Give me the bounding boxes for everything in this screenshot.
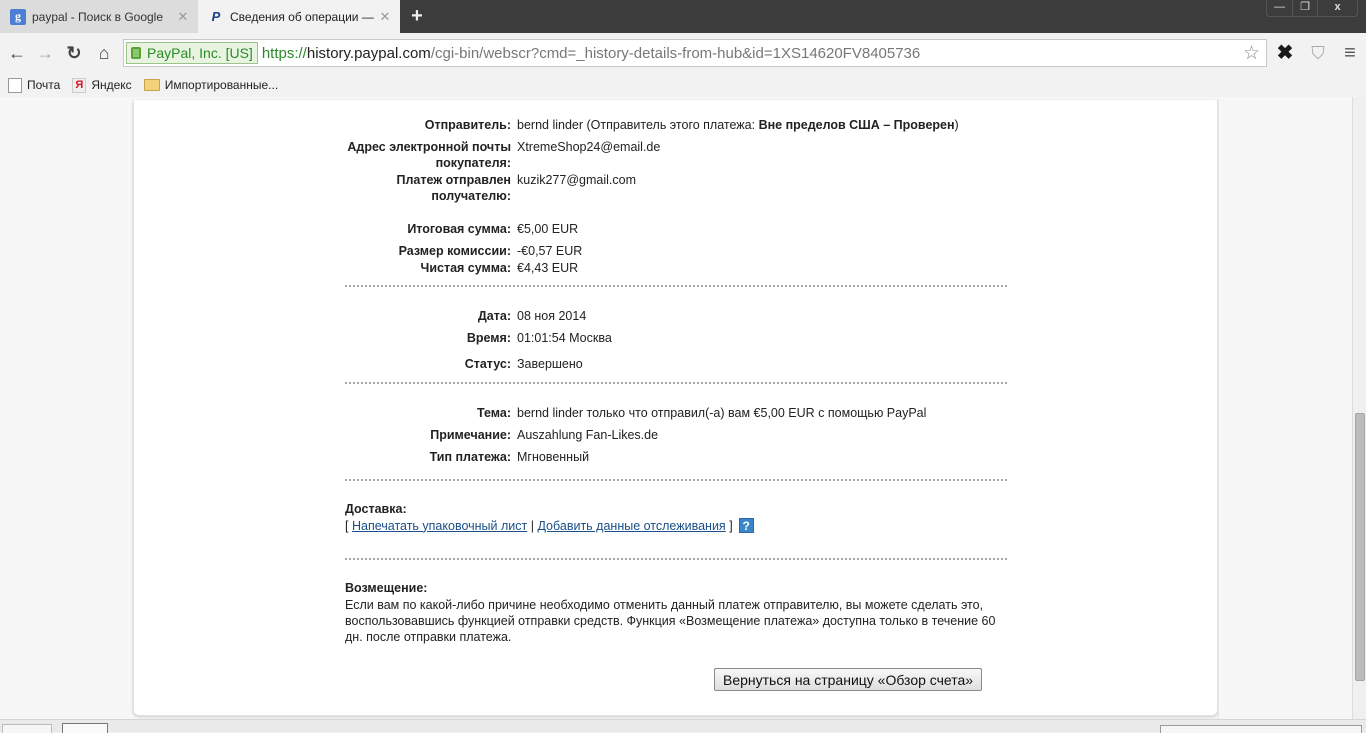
refund-title: Возмещение:	[345, 581, 427, 595]
window-controls: — ❐ x	[1266, 0, 1358, 17]
home-icon[interactable]: ⌂	[93, 42, 115, 64]
sender-name: bernd linder	[517, 118, 583, 132]
sender-label: Отправитель:	[345, 117, 517, 133]
shield-extension-icon[interactable]: ⛉	[1307, 42, 1329, 64]
subject-value: bernd linder только что отправил(-а) вам…	[517, 405, 1010, 421]
bookmarks-bar: Почта Я Яндекс Импортированные...	[0, 73, 1366, 97]
back-to-account-overview-button[interactable]: Вернуться на страницу «Обзор счета»	[714, 668, 982, 691]
status-label: Статус:	[345, 356, 517, 372]
forward-arrow-icon[interactable]: →	[34, 42, 56, 64]
recipient-value: kuzik277@gmail.com	[517, 172, 1010, 204]
url-host: history.paypal.com	[307, 45, 431, 62]
gross-label: Итоговая сумма:	[345, 221, 517, 237]
payment-type-label: Тип платежа:	[345, 449, 517, 465]
link-divider: |	[531, 519, 534, 533]
note-value: Auszahlung Fan-Likes.de	[517, 427, 1010, 443]
paypal-icon: P	[208, 9, 224, 25]
net-row: Чистая сумма: €4,43 EUR	[345, 260, 1010, 276]
shipping-links: [ Напечатать упаковочный лист | Добавить…	[345, 518, 754, 533]
buyer-email-label: Адрес электронной почты покупателя:	[345, 139, 517, 171]
add-tracking-link[interactable]: Добавить данные отслеживания	[537, 519, 725, 533]
time-row: Время: 01:01:54 Москва	[345, 330, 1010, 346]
bookmark-mail[interactable]: Почта	[8, 78, 60, 93]
url-path: /cgi-bin/webscr?cmd=_history-details-fro…	[431, 45, 920, 62]
divider	[345, 558, 1007, 560]
bracket: [	[345, 519, 348, 533]
back-arrow-icon[interactable]: ←	[6, 42, 28, 64]
net-value: €4,43 EUR	[517, 260, 1010, 276]
note-label: Примечание:	[345, 427, 517, 443]
restore-button[interactable]: ❐	[1292, 0, 1317, 16]
side-panel	[1218, 100, 1352, 719]
ev-certificate-name: PayPal, Inc. [US]	[147, 45, 253, 61]
tab-google-search[interactable]: g paypal - Поиск в Google ✕	[0, 0, 198, 33]
reload-icon[interactable]: ↻	[63, 42, 85, 64]
fee-label: Размер комиссии:	[345, 243, 517, 259]
bookmark-star-icon[interactable]: ☆	[1243, 42, 1260, 65]
subject-label: Тема:	[345, 405, 517, 421]
recipient-label: Платеж отправлен получателю:	[345, 172, 517, 204]
new-tab-button[interactable]: +	[404, 4, 430, 28]
minimize-button[interactable]: —	[1267, 0, 1292, 16]
browser-toolbar: ← → ↻ ⌂ PayPal, Inc. [US] https://histor…	[0, 33, 1366, 73]
tab-paypal-details[interactable]: P Сведения об операции — PayPal ✕	[198, 0, 400, 33]
folder-icon	[144, 79, 160, 91]
bottom-shelf	[0, 719, 1366, 732]
tab-title: paypal - Поиск в Google	[32, 10, 176, 24]
sender-verification-status: Вне пределов США – Проверен	[759, 118, 955, 132]
payment-type-value: Мгновенный	[517, 449, 1010, 465]
sender-note-end: )	[955, 118, 959, 132]
bookmark-label: Яндекс	[91, 78, 131, 92]
shelf-item[interactable]	[62, 723, 108, 732]
buyer-email-row: Адрес электронной почты покупателя: Xtre…	[345, 139, 1010, 171]
page-icon	[8, 78, 22, 93]
scrollbar-thumb[interactable]	[1355, 413, 1365, 681]
bookmark-imported-folder[interactable]: Импортированные...	[144, 78, 278, 92]
status-row: Статус: Завершено	[345, 356, 1010, 372]
tab-strip: g paypal - Поиск в Google ✕ P Сведения о…	[0, 0, 1366, 33]
vertical-scrollbar[interactable]	[1352, 97, 1366, 719]
page-viewport: Отправитель: bernd linder (Отправитель э…	[0, 97, 1352, 719]
date-value: 08 ноя 2014	[517, 308, 1010, 324]
close-window-button[interactable]: x	[1317, 0, 1357, 16]
yandex-icon: Я	[72, 78, 86, 93]
divider	[345, 382, 1007, 384]
shipping-title: Доставка:	[345, 502, 407, 516]
ev-certificate-badge[interactable]: PayPal, Inc. [US]	[126, 42, 258, 64]
divider	[345, 479, 1007, 481]
payment-type-row: Тип платежа: Мгновенный	[345, 449, 1010, 465]
time-label: Время:	[345, 330, 517, 346]
bookmark-label: Импортированные...	[165, 78, 278, 92]
tab-title: Сведения об операции — PayPal	[230, 10, 378, 24]
help-icon[interactable]: ?	[739, 518, 754, 533]
address-bar[interactable]: PayPal, Inc. [US] https://history.paypal…	[123, 39, 1267, 67]
close-tab-icon[interactable]: ✕	[378, 9, 392, 25]
sender-value: bernd linder (Отправитель этого платежа:…	[517, 117, 1010, 133]
time-value: 01:01:54 Москва	[517, 330, 1010, 346]
net-label: Чистая сумма:	[345, 260, 517, 276]
divider	[345, 285, 1007, 287]
menu-icon[interactable]: ≡	[1339, 42, 1361, 64]
shelf-item[interactable]	[2, 724, 52, 732]
lock-icon	[131, 47, 141, 59]
extension-x-icon[interactable]: ✖	[1274, 42, 1296, 64]
google-icon: g	[10, 9, 26, 25]
status-value: Завершено	[517, 356, 1010, 372]
refund-text: Если вам по какой-либо причине необходим…	[345, 597, 1010, 645]
buyer-email-value: XtremeShop24@email.de	[517, 139, 1010, 171]
recipient-row: Платеж отправлен получателю: kuzik277@gm…	[345, 172, 1010, 204]
sender-row: Отправитель: bernd linder (Отправитель э…	[345, 117, 1010, 133]
sender-note: (Отправитель этого платежа:	[587, 118, 759, 132]
gross-row: Итоговая сумма: €5,00 EUR	[345, 221, 1010, 237]
bookmark-label: Почта	[27, 78, 60, 92]
print-packing-slip-link[interactable]: Напечатать упаковочный лист	[352, 519, 527, 533]
bookmark-yandex[interactable]: Я Яндекс	[72, 78, 131, 93]
close-tab-icon[interactable]: ✕	[176, 9, 190, 25]
date-row: Дата: 08 ноя 2014	[345, 308, 1010, 324]
subject-row: Тема: bernd linder только что отправил(-…	[345, 405, 1010, 421]
bracket: ]	[729, 519, 732, 533]
shelf-item[interactable]	[1160, 725, 1362, 732]
fee-value: -€0,57 EUR	[517, 243, 1010, 259]
url-scheme: https://	[262, 45, 307, 62]
gross-value: €5,00 EUR	[517, 221, 1010, 237]
date-label: Дата:	[345, 308, 517, 324]
note-row: Примечание: Auszahlung Fan-Likes.de	[345, 427, 1010, 443]
fee-row: Размер комиссии: -€0,57 EUR	[345, 243, 1010, 259]
url-text[interactable]: https://history.paypal.com/cgi-bin/websc…	[262, 45, 920, 62]
